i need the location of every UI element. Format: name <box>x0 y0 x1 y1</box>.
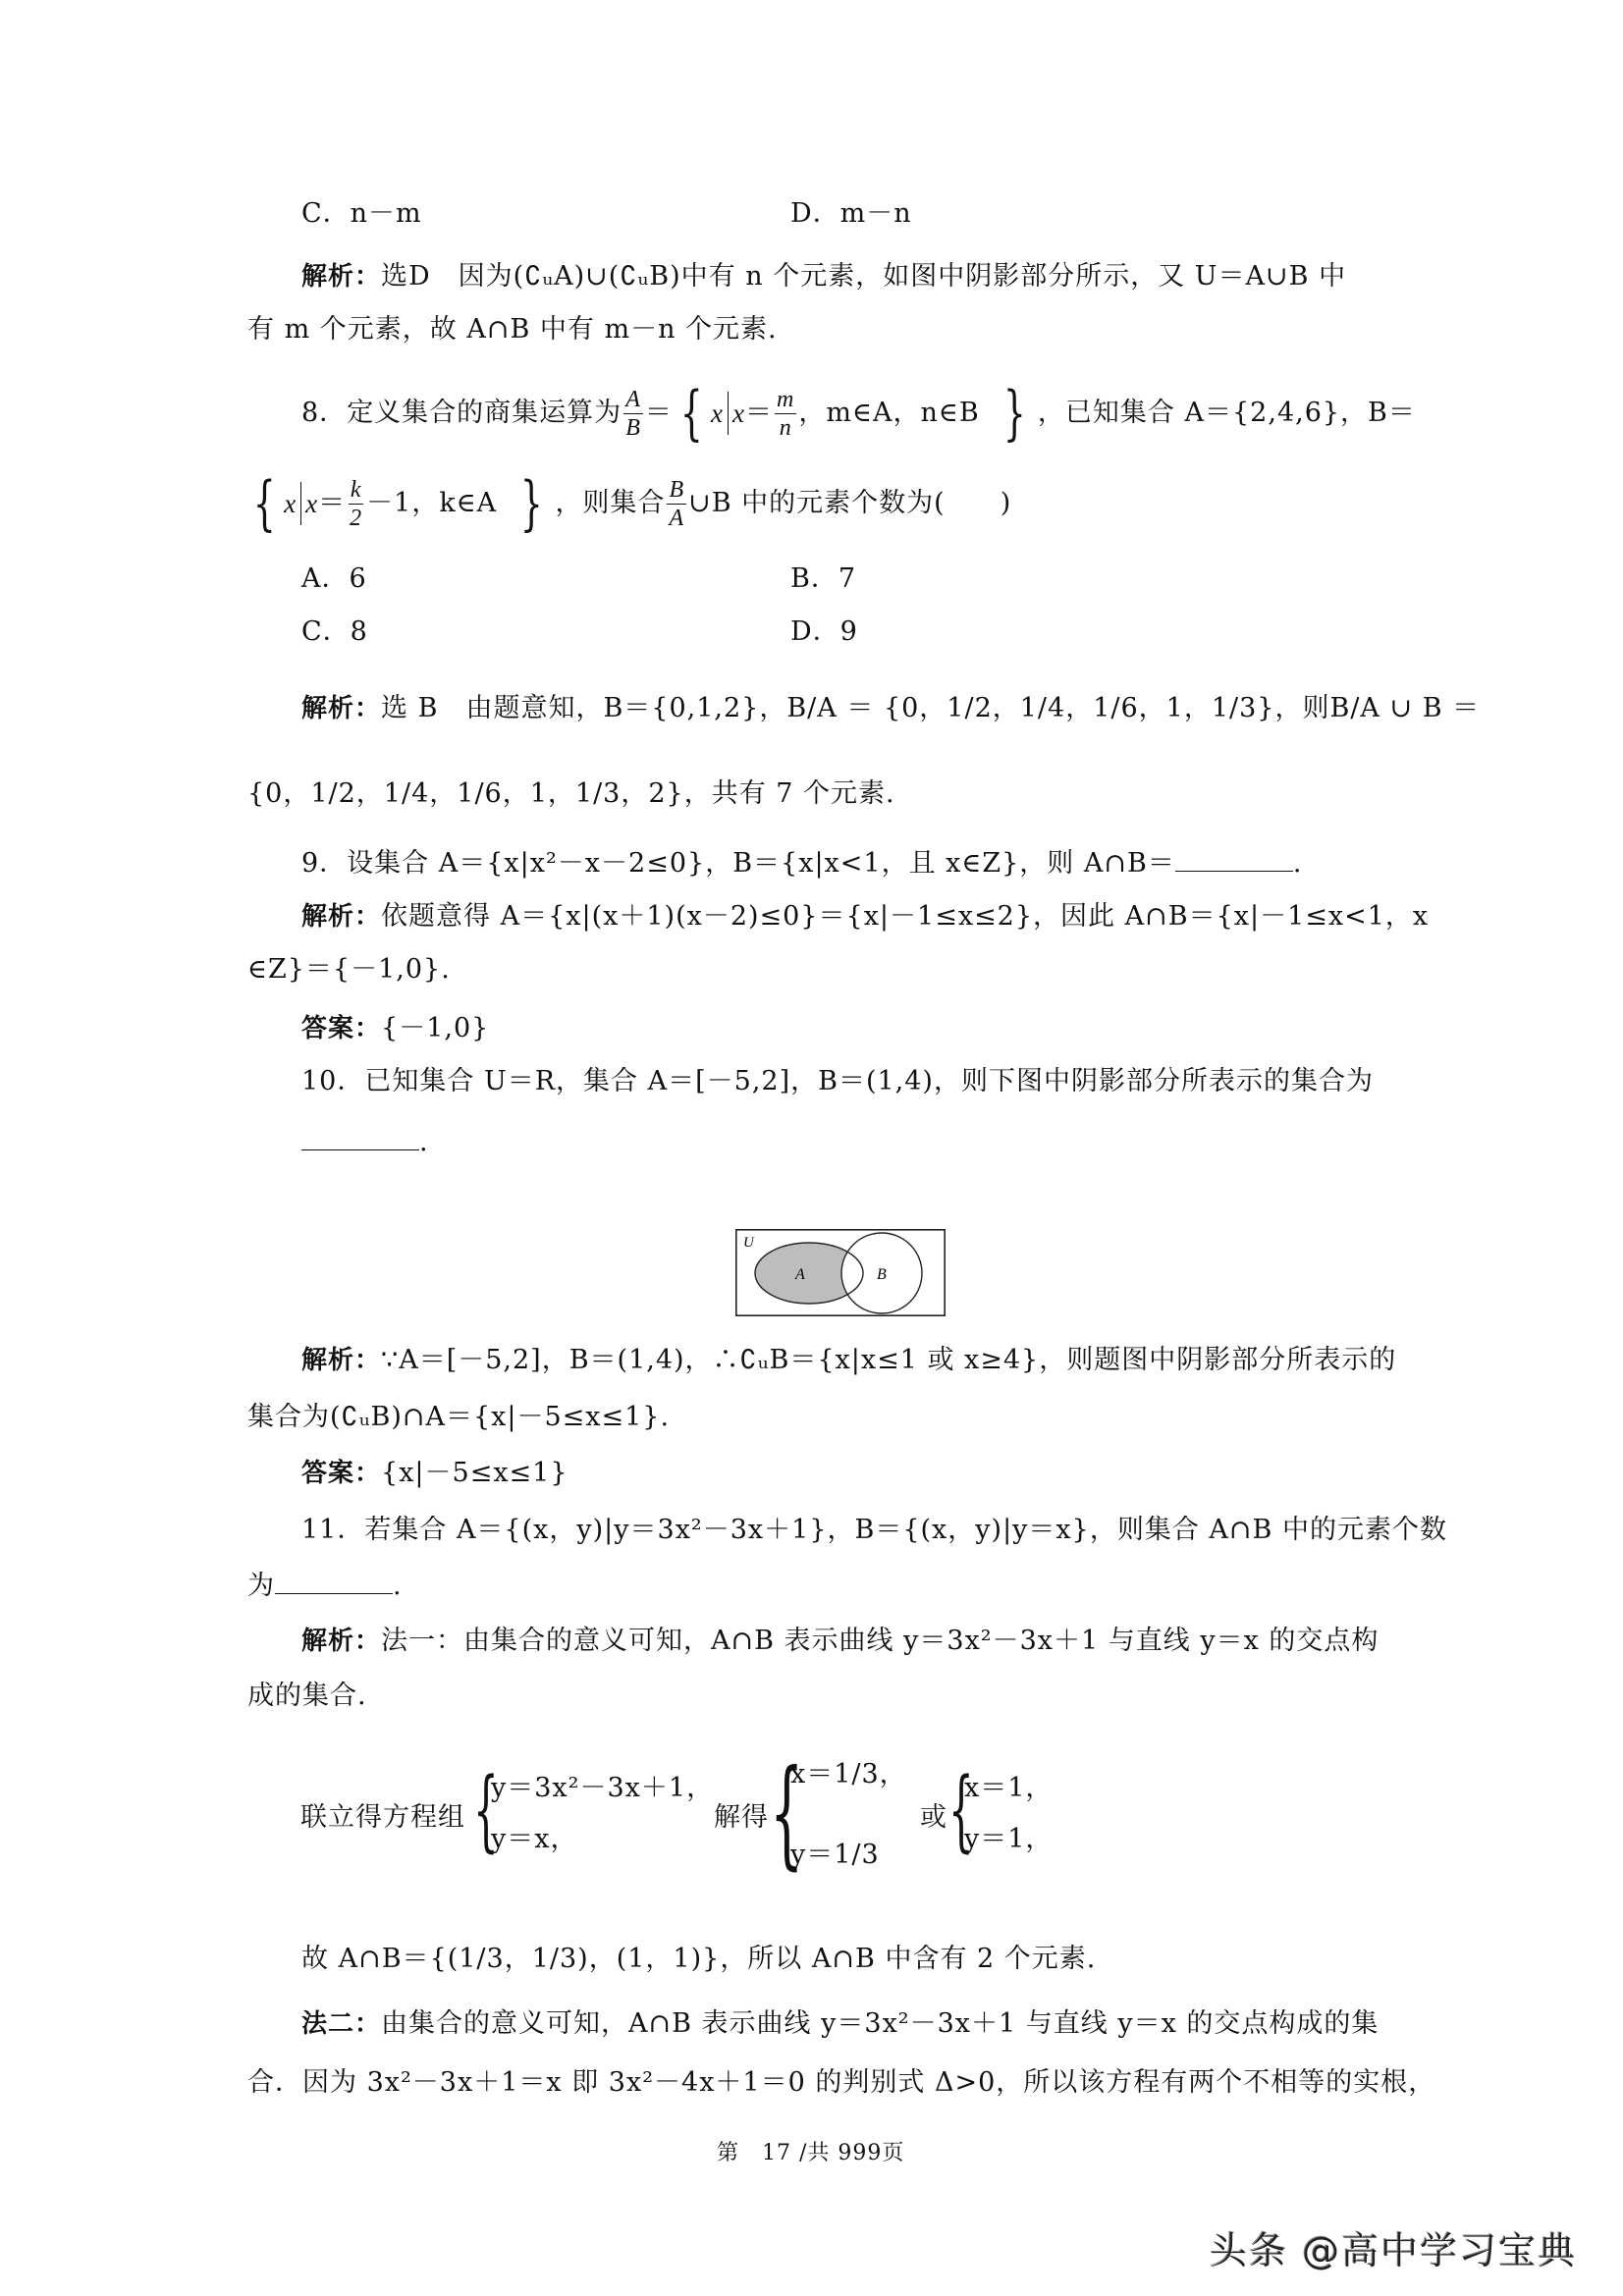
answer-blank <box>301 1126 419 1150</box>
method1-label: 法一： <box>381 1626 463 1656</box>
q10-answer-value: {x|－5≤x≤1} <box>381 1458 568 1488</box>
q8-k2-fraction: k2 <box>348 478 364 530</box>
q10-analysis-text: ∵A＝[－5,2]，B＝(1,4)，∴∁ᵤB＝{x|x≤1 或 x≥4}，则题图… <box>381 1345 1396 1375</box>
analysis-label: 解析： <box>301 902 381 932</box>
frac-den: n <box>778 414 794 440</box>
q8-option-c: C．8 <box>301 614 368 650</box>
solution1-x: x＝1/3， <box>790 1757 907 1792</box>
q9-analysis-line1: 解析：依题意得 A＝{x|(x＋1)(x－2)≤0}＝{x|－1≤x≤2}，因此… <box>301 899 1429 934</box>
frac-den: B <box>623 414 643 440</box>
q8-analysis-tail: ，共有 7 个元素. <box>684 776 895 812</box>
answer-blank <box>1175 847 1293 872</box>
q8-def-cond: ，m∈A，n∈B <box>798 396 979 431</box>
q8-ba-fraction: BA <box>667 478 686 530</box>
q11-method2-line2: 合．因为 3x²－3x＋1＝x 即 3x²－4x＋1＝0 的判别式 Δ>0，所以… <box>247 2065 1435 2101</box>
frac-num: A <box>623 388 643 414</box>
q11-conclusion: 故 A∩B＝{(1/3，1/3)，(1，1)}，所以 A∩B 中含有 2 个元素… <box>301 1942 1096 1977</box>
q11-method1-line1: 解析：法一：由集合的意义可知，A∩B 表示曲线 y＝3x²－3x＋1 与直线 y… <box>301 1624 1379 1659</box>
q9-stem: 9．设集合 A＝{x|x²－x－2≤0}，B＝{x|x<1，且 x∈Z}，则 A… <box>301 846 1302 881</box>
frac-num: B <box>667 478 686 505</box>
watermark: 头条 @高中学习宝典 <box>1210 2220 1577 2274</box>
q9-analysis-line2: ∈Z}＝{－1,0}. <box>247 952 451 988</box>
q7-analysis-line2: 有 m 个元素，故 A∩B 中有 m－n 个元素. <box>247 312 778 347</box>
analysis-label: 解析： <box>301 1346 381 1375</box>
q9-answer-value: {－1,0} <box>381 1013 489 1043</box>
solve-label: 解得 <box>714 1800 769 1836</box>
q7-analysis: 解析：选D 因为(∁ᵤA)∪(∁ᵤB)中有 n 个元素，如图中阴影部分所示，又 … <box>301 259 1346 294</box>
system-eq1: y＝3x²－3x＋1， <box>491 1771 714 1806</box>
conclusion-prefix: 故 A∩B＝ <box>301 1944 430 1974</box>
solution1-y: y＝1/3 <box>790 1838 880 1873</box>
conclusion-set: {(1/3，1/3)，(1，1)} <box>430 1944 721 1974</box>
system-eq2: y＝x， <box>491 1822 577 1857</box>
q8-quotient-fraction: AB <box>623 388 643 440</box>
solution2-y: y＝1， <box>964 1822 1053 1857</box>
solution2-x: x＝1， <box>964 1771 1053 1806</box>
q9-stem-text: 9．设集合 A＝{x|x²－x－2≤0}，B＝{x|x<1，且 x∈Z}，则 A… <box>301 848 1175 879</box>
q10-analysis-line1: 解析：∵A＝[－5,2]，B＝(1,4)，∴∁ᵤB＝{x|x≤1 或 x≥4}，… <box>301 1343 1396 1378</box>
q8-analysis-quotient: B/A ＝ {0，1/2，1/4，1/6，1，1/3} <box>786 691 1274 726</box>
q11-stem-line2: 为. <box>247 1569 403 1604</box>
q8-known: ，已知集合 A＝{2,4,6}，B＝ <box>1038 396 1416 431</box>
q7-option-c: C．n－m <box>301 196 422 232</box>
q8-ask-suffix: ∪B 中的元素个数为( ) <box>688 486 1011 521</box>
q7-option-d: D．m－n <box>790 196 912 232</box>
q10-analysis-line2: 集合为(∁ᵤB)∩A＝{x|－5≤x≤1}. <box>247 1400 670 1435</box>
q9-analysis-text: 依题意得 A＝{x|(x＋1)(x－2)≤0}＝{x|－1≤x≤2}，因此 A∩… <box>381 901 1429 932</box>
q8-stem-prefix: 定义集合的商集运算为 <box>347 396 622 431</box>
q11-stem-tail: 为 <box>247 1571 275 1601</box>
q8-analysis-union: B/A ∪ B ＝ <box>1329 691 1480 726</box>
q8-ask-prefix: ，则集合 <box>555 486 665 521</box>
q8-analysis-set: {0，1/2，1/4，1/6，1，1/3，2} <box>247 776 684 812</box>
method2-label: 法二： <box>301 2009 381 2039</box>
or-label: 或 <box>920 1800 947 1836</box>
set-a-label: A <box>794 1266 805 1283</box>
q8-analysis-b: ，则 <box>1274 691 1329 726</box>
analysis-label: 解析： <box>301 1627 381 1656</box>
answer-label: 答案： <box>301 1014 381 1043</box>
q11-method1-text: 由集合的意义可知，A∩B 表示曲线 y＝3x²－3x＋1 与直线 y＝x 的交点… <box>463 1626 1379 1656</box>
q10-stem: 10．已知集合 U＝R，集合 A＝[－5,2]，B＝(1,4)，则下图中阴影部分… <box>301 1064 1374 1099</box>
q8-bset-tail: －1，k∈A <box>366 486 497 521</box>
frac-num: m <box>775 388 796 414</box>
q8-option-d: D．9 <box>790 614 858 650</box>
q10-blank-line: . <box>301 1125 429 1160</box>
page-number: 第 17 /共 999页 <box>717 2136 904 2166</box>
q8-stem-line2: {xx＝ k2 －1，k∈A } ，则集合 BA ∪B 中的元素个数为( ) <box>245 479 1011 528</box>
q9-answer: 答案：{－1,0} <box>301 1011 489 1046</box>
conclusion-suffix: ，所以 A∩B 中含有 2 个元素. <box>720 1944 1096 1974</box>
q10-answer: 答案：{x|－5≤x≤1} <box>301 1456 568 1491</box>
q7-analysis-line1: 选D 因为(∁ᵤA)∪(∁ᵤB)中有 n 个元素，如图中阴影部分所示，又 U＝A… <box>381 261 1346 292</box>
universe-label: U <box>743 1235 755 1251</box>
q11-method1-line2: 成的集合. <box>247 1679 367 1714</box>
q8-number: 8． <box>301 396 347 431</box>
frac-den: 2 <box>348 505 364 530</box>
frac-den: A <box>667 505 686 530</box>
venn-diagram: U A B <box>735 1229 946 1316</box>
q8-analysis-line2: {0，1/2，1/4，1/6，1，1/3，2} ，共有 7 个元素. <box>247 770 895 819</box>
system-label: 联立得方程组 <box>300 1800 465 1836</box>
analysis-label: 解析： <box>301 262 381 292</box>
frac-num: k <box>349 478 364 505</box>
q8-option-a: A．6 <box>301 561 367 597</box>
q8-stem-line1: 8． 定义集合的商集运算为 AB ＝{xx＝ mn ，m∈A，n∈B } ，已知… <box>301 389 1416 438</box>
q8-mn-fraction: mn <box>775 388 796 440</box>
analysis-label: 解析： <box>301 691 381 726</box>
q11-method2-text: 由集合的意义可知，A∩B 表示曲线 y＝3x²－3x＋1 与直线 y＝x 的交点… <box>381 2008 1379 2039</box>
q8-analysis-line1: 解析： 选 B 由题意知，B＝{0,1,2}， B/A ＝ {0，1/2，1/4… <box>301 681 1480 736</box>
answer-label: 答案： <box>301 1459 381 1488</box>
q11-stem-line1: 11．若集合 A＝{(x，y)|y＝3x²－3x＋1}，B＝{(x，y)|y＝x… <box>301 1513 1447 1548</box>
q8-analysis-a: 选 B 由题意知，B＝{0,1,2}， <box>381 691 786 726</box>
q11-method2-line1: 法二：由集合的意义可知，A∩B 表示曲线 y＝3x²－3x＋1 与直线 y＝x … <box>301 2006 1379 2042</box>
q8-option-b: B．7 <box>790 561 856 597</box>
answer-blank <box>275 1570 393 1594</box>
set-b-label: B <box>877 1266 887 1283</box>
